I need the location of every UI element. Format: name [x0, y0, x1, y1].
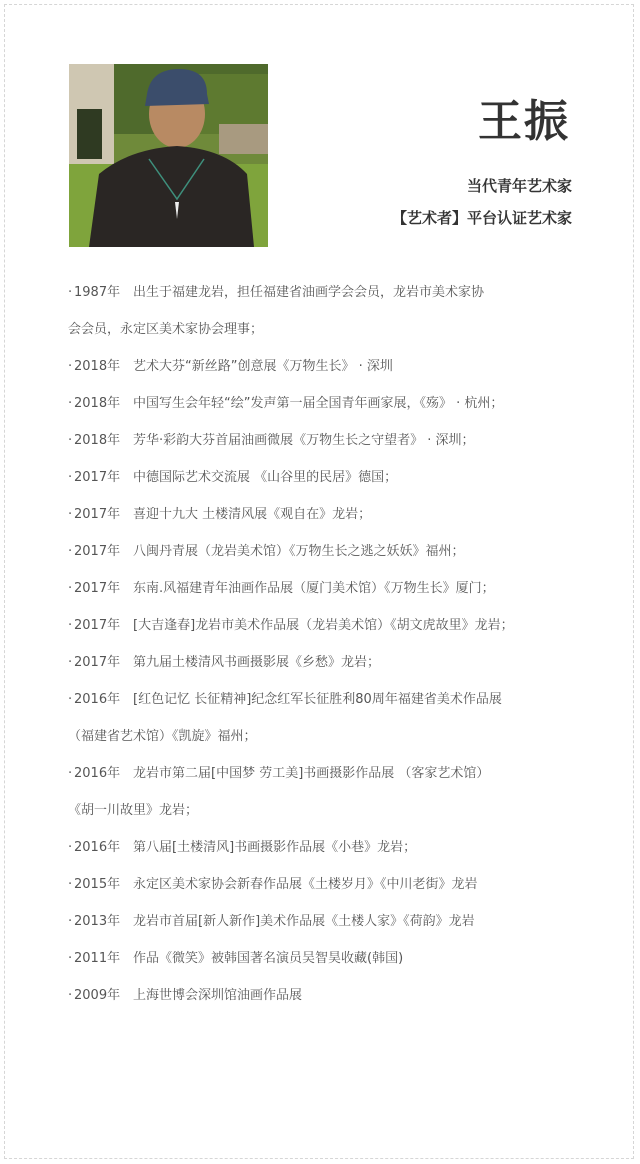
exhibition-timeline: ·1987年出生于福建龙岩，担任福建省油画学会会员，龙岩市美术家协 会会员，永定…	[68, 282, 628, 1022]
timeline-item: ·2018年中国写生会年轻“绘”发声第一届全国青年画家展，《殇》 · 杭州；	[68, 393, 628, 430]
timeline-item: ·2017年中德国际艺术交流展 《山谷里的民居》德国；	[68, 467, 628, 504]
timeline-year: 2016年	[74, 689, 133, 711]
timeline-desc: 永定区美术家协会新春作品展《土楼岁月》《中川老街》龙岩	[133, 877, 478, 892]
timeline-desc-cont: 《胡一川故里》龙岩；	[68, 803, 198, 818]
timeline-item: ·2017年[大吉逢春]龙岩市美术作品展（龙岩美术馆）《胡文虎故里》龙岩；	[68, 615, 628, 652]
portrait-image	[69, 64, 268, 247]
artist-subtitle: 当代青年艺术家	[467, 176, 572, 196]
timeline-year: 2016年	[74, 763, 133, 785]
timeline-year: 2017年	[74, 615, 133, 637]
timeline-item: ·2009年上海世博会深圳馆油画作品展	[68, 985, 628, 1022]
timeline-year: 2018年	[74, 393, 133, 415]
timeline-year: 2009年	[74, 985, 133, 1007]
timeline-year: 2017年	[74, 467, 133, 489]
timeline-desc: 龙岩市第二届[中国梦 劳工美]书画摄影作品展 （客家艺术馆）	[133, 766, 489, 781]
timeline-item: ·2016年龙岩市第二届[中国梦 劳工美]书画摄影作品展 （客家艺术馆）	[68, 763, 628, 800]
timeline-item: ·2017年东南.风福建青年油画作品展（厦门美术馆）《万物生长》厦门；	[68, 578, 628, 615]
timeline-year: 1987年	[74, 282, 133, 304]
timeline-item: ·2017年喜迎十九大 土楼清风展《观自在》龙岩；	[68, 504, 628, 541]
artist-certification: 【艺术者】平台认证艺术家	[392, 208, 572, 228]
timeline-desc: [大吉逢春]龙岩市美术作品展（龙岩美术馆）《胡文虎故里》龙岩；	[133, 618, 514, 633]
timeline-item: ·2015年永定区美术家协会新春作品展《土楼岁月》《中川老街》龙岩	[68, 874, 628, 911]
timeline-item: ·2016年[红色记忆 长征精神]纪念红军长征胜利80周年福建省美术作品展	[68, 689, 628, 726]
timeline-year: 2018年	[74, 356, 133, 378]
timeline-desc: [红色记忆 长征精神]纪念红军长征胜利80周年福建省美术作品展	[133, 692, 502, 707]
timeline-year: 2017年	[74, 578, 133, 600]
timeline-desc: 艺术大芬“新丝路”创意展《万物生长》 · 深圳	[133, 359, 393, 374]
artist-portrait	[69, 64, 268, 247]
timeline-year: 2017年	[74, 541, 133, 563]
timeline-desc: 第九届土楼清风书画摄影展《乡愁》龙岩；	[133, 655, 380, 670]
timeline-desc: 东南.风福建青年油画作品展（厦门美术馆）《万物生长》厦门；	[133, 581, 495, 596]
timeline-item: ·2016年第八届[土楼清风]书画摄影作品展《小巷》龙岩；	[68, 837, 628, 874]
timeline-item: ·1987年出生于福建龙岩，担任福建省油画学会会员，龙岩市美术家协	[68, 282, 628, 319]
timeline-desc: 作品《微笑》被韩国著名演员吴智昊收藏(韩国)	[133, 951, 403, 966]
timeline-desc: 上海世博会深圳馆油画作品展	[133, 988, 302, 1003]
timeline-item: ·2018年艺术大芬“新丝路”创意展《万物生长》 · 深圳	[68, 356, 628, 393]
timeline-item: ·2018年芳华·彩韵大芬首届油画微展《万物生长之守望者》 · 深圳；	[68, 430, 628, 467]
artist-name: 王振	[478, 92, 570, 152]
timeline-desc-cont: 会会员，永定区美术家协会理事；	[68, 322, 263, 337]
timeline-desc: 第八届[土楼清风]书画摄影作品展《小巷》龙岩；	[133, 840, 416, 855]
timeline-item-continuation: （福建省艺术馆）《凯旋》福州；	[68, 726, 628, 763]
timeline-desc: 八闽丹青展（龙岩美术馆）《万物生长之逃之妖妖》福州；	[133, 544, 465, 559]
timeline-item: ·2017年八闽丹青展（龙岩美术馆）《万物生长之逃之妖妖》福州；	[68, 541, 628, 578]
timeline-desc: 中国写生会年轻“绘”发声第一届全国青年画家展，《殇》 · 杭州；	[133, 396, 503, 411]
timeline-year: 2017年	[74, 652, 133, 674]
timeline-year: 2015年	[74, 874, 133, 896]
timeline-desc: 中德国际艺术交流展 《山谷里的民居》德国；	[133, 470, 397, 485]
timeline-year: 2018年	[74, 430, 133, 452]
timeline-item-continuation: 《胡一川故里》龙岩；	[68, 800, 628, 837]
timeline-desc: 龙岩市首届[新人新作]美术作品展《土楼人家》《荷韵》龙岩	[133, 914, 475, 929]
timeline-year: 2017年	[74, 504, 133, 526]
timeline-year: 2016年	[74, 837, 133, 859]
timeline-desc: 出生于福建龙岩，担任福建省油画学会会员，龙岩市美术家协	[133, 285, 484, 300]
timeline-desc-cont: （福建省艺术馆）《凯旋》福州；	[68, 729, 257, 744]
timeline-year: 2013年	[74, 911, 133, 933]
timeline-desc: 喜迎十九大 土楼清风展《观自在》龙岩；	[133, 507, 371, 522]
timeline-item: ·2017年第九届土楼清风书画摄影展《乡愁》龙岩；	[68, 652, 628, 689]
timeline-item: ·2011年作品《微笑》被韩国著名演员吴智昊收藏(韩国)	[68, 948, 628, 985]
timeline-item-continuation: 会会员，永定区美术家协会理事；	[68, 319, 628, 356]
timeline-desc: 芳华·彩韵大芬首届油画微展《万物生长之守望者》 · 深圳；	[133, 433, 475, 448]
timeline-item: ·2013年龙岩市首届[新人新作]美术作品展《土楼人家》《荷韵》龙岩	[68, 911, 628, 948]
timeline-year: 2011年	[74, 948, 133, 970]
